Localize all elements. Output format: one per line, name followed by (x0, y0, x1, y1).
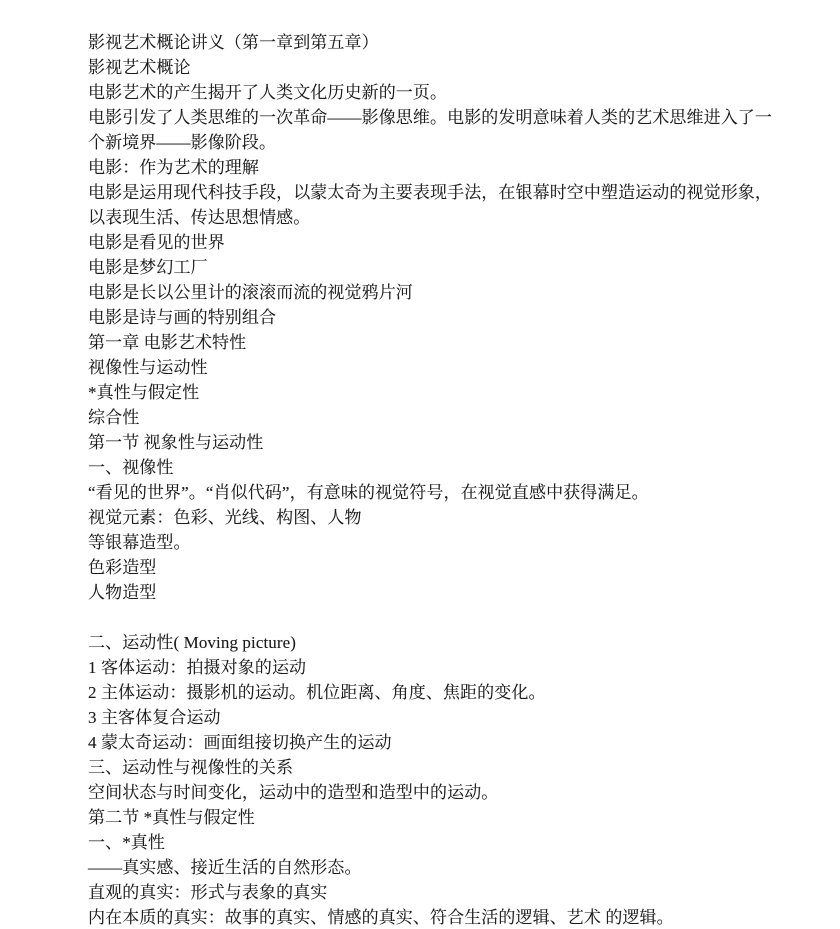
text-line: 1 客体运动：拍摄对象的运动 (88, 655, 778, 680)
text-line: 个新境界——影像阶段。 (88, 130, 778, 155)
text-line: 第一节 视象性与运动性 (88, 430, 778, 455)
text-line: 内在本质的真实：故事的真实、情感的真实、符合生活的逻辑、艺术 的逻辑。 (88, 905, 778, 929)
text-line: 等银幕造型。 (88, 530, 778, 555)
text-line: *真性与假定性 (88, 380, 778, 405)
text-line: 电影是看见的世界 (88, 230, 778, 255)
text-block: 影视艺术概论讲义（第一章到第五章）影视艺术概论电影艺术的产生揭开了人类文化历史新… (88, 30, 778, 929)
text-line: 电影是运用现代科技手段，以蒙太奇为主要表现手法，在银幕时空中塑造运动的视觉形象， (88, 180, 778, 205)
text-line: 视觉元素：色彩、光线、构图、人物 (88, 505, 778, 530)
text-line: 空间状态与时间变化，运动中的造型和造型中的运动。 (88, 780, 778, 805)
text-line: “看见的世界”。“肖似代码”，有意味的视觉符号，在视觉直感中获得满足。 (88, 480, 778, 505)
text-line: 第一章 电影艺术特性 (88, 330, 778, 355)
text-line: 3 主客体复合运动 (88, 705, 778, 730)
text-line: 二、运动性( Moving picture) (88, 630, 778, 655)
text-line: 人物造型 (88, 580, 778, 605)
text-line: 一、视像性 (88, 455, 778, 480)
text-line: 直观的真实：形式与表象的真实 (88, 880, 778, 905)
text-line: 电影引发了人类思维的一次革命——影像思维。电影的发明意味着人类的艺术思维进入了一 (88, 105, 778, 130)
text-line: 2 主体运动：摄影机的运动。机位距离、角度、焦距的变化。 (88, 680, 778, 705)
text-line: 4 蒙太奇运动：画面组接切换产生的运动 (88, 730, 778, 755)
text-line: 电影：作为艺术的理解 (88, 155, 778, 180)
text-line: 电影是长以公里计的滚滚而流的视觉鸦片河 (88, 280, 778, 305)
text-line: 一、*真性 (88, 830, 778, 855)
text-line: 视像性与运动性 (88, 355, 778, 380)
text-line: 影视艺术概论讲义（第一章到第五章） (88, 30, 778, 55)
text-line: 电影艺术的产生揭开了人类文化历史新的一页。 (88, 80, 778, 105)
text-line: 电影是梦幻工厂 (88, 255, 778, 280)
text-line: 三、运动性与视像性的关系 (88, 755, 778, 780)
text-line: 第二节 *真性与假定性 (88, 805, 778, 830)
text-line: 综合性 (88, 405, 778, 430)
text-line: ——真实感、接近生活的自然形态。 (88, 855, 778, 880)
text-line (88, 605, 778, 630)
text-line: 以表现生活、传达思想情感。 (88, 205, 778, 230)
document-page: 影视艺术概论讲义（第一章到第五章）影视艺术概论电影艺术的产生揭开了人类文化历史新… (0, 0, 840, 929)
text-line: 影视艺术概论 (88, 55, 778, 80)
text-line: 色彩造型 (88, 555, 778, 580)
text-line: 电影是诗与画的特别组合 (88, 305, 778, 330)
